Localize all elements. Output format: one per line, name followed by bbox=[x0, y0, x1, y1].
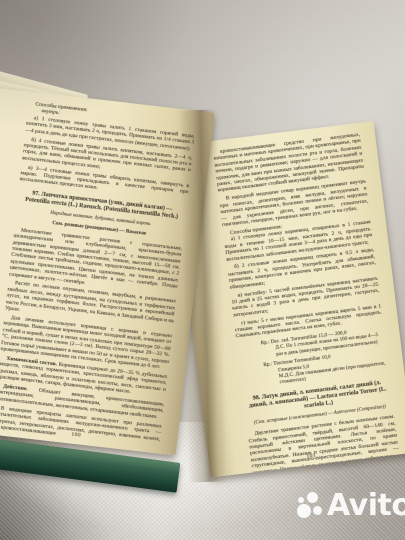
avito-logo-icon bbox=[297, 492, 324, 519]
avito-watermark: Avito bbox=[297, 492, 405, 519]
avito-wordmark: Avito bbox=[327, 492, 405, 519]
avito-circle-top bbox=[307, 492, 318, 503]
avito-circle-right bbox=[313, 506, 322, 515]
avito-circle-small bbox=[298, 497, 304, 503]
book-photo: кровоостанавливающее средство при желудо… bbox=[0, 0, 405, 540]
avito-circle-big bbox=[297, 504, 311, 518]
